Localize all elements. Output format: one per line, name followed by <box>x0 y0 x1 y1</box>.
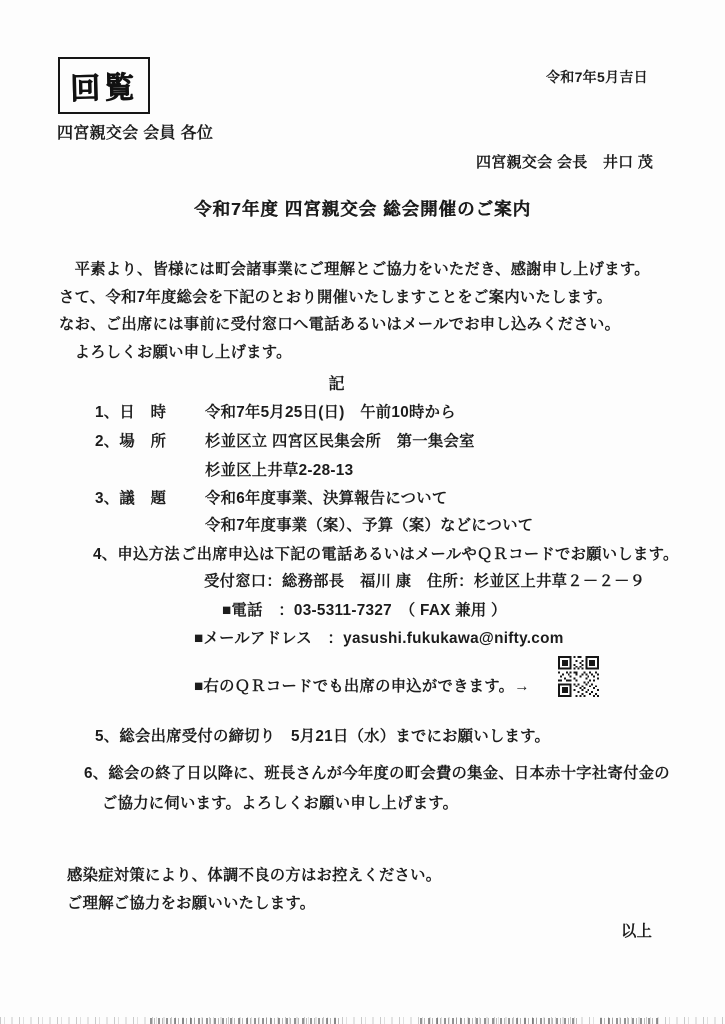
intro-line-2: さて、令和7年度総会を下記のとおり開催いたしますことをご案内いたします。 <box>59 284 679 312</box>
agenda-item2-value: 杉並区立 四宮区民集会所 第一集会室 <box>205 429 475 451</box>
kairan-stamp: 回覧 <box>58 57 150 114</box>
issue-date: 令和7年5月吉日 <box>546 67 648 87</box>
kairan-stamp-label: 回覧 <box>69 62 138 108</box>
agenda-item2-address: 杉並区上井草2-28-13 <box>205 458 353 480</box>
phone-line: ■電話 ：03-5311-7327 （ FAX 兼用 ） <box>222 598 507 620</box>
document-title: 令和7年度 四宮親交会 総会開催のご案内 <box>0 196 725 221</box>
agenda-item4-label: 4、申込方法 <box>93 542 180 564</box>
contact-window-line: 受付窓口：総務部長 福川 康 住所：杉並区上井草２－２－９ <box>204 569 645 591</box>
qr-instruction-line: ■右のＱＲコードでも出席の申込ができます。→ <box>194 674 530 696</box>
closing-line-2: ご理解ご協力をお願いいたします。 <box>67 891 315 913</box>
record-marker: 記 <box>0 371 699 394</box>
agenda-item3-label: 3、議 題 <box>95 486 166 508</box>
agenda-item2-label: 2、場 所 <box>95 429 166 451</box>
scan-artifact-patch <box>600 1018 660 1024</box>
agenda-item5: 5、総会出席受付の締切り 5月21日（水）までにお願いします。 <box>95 724 550 746</box>
agenda-item1-value: 令和7年5月25日(日) 午前10時から <box>205 400 456 422</box>
intro-line-4: よろしくお願い申し上げます。 <box>59 339 679 367</box>
end-marker: 以上 <box>621 919 652 941</box>
agenda-item6-line1: 6、総会の終了日以降に、班長さんが今年度の町会費の集金、日本赤十字社寄付金の <box>84 761 670 783</box>
scan-artifact-patch <box>150 1018 340 1024</box>
email-line: ■メールアドレス ：yasushi.fukukawa@nifty.com <box>194 626 564 648</box>
intro-line-3: なお、ご出席には事前に受付窓口へ電話あるいはメールでお申し込みください。 <box>59 311 679 339</box>
agenda-item3-value-2: 令和7年度事業（案）、予算（案）などについて <box>205 513 533 535</box>
document-page: 回覧 令和7年5月吉日 四宮親交会 会員 各位 四宮親交会 会長 井口 茂 令和… <box>0 0 725 1024</box>
agenda-item1-label: 1、日 時 <box>95 400 166 422</box>
scan-artifact-patch <box>420 1018 580 1024</box>
closing-line-1: 感染症対策により、体調不良の方はお控えください。 <box>67 863 441 885</box>
intro-paragraph: 平素より、皆様には町会諸事業にご理解とご協力をいただき、感謝申し上げます。 さて… <box>59 256 679 366</box>
intro-line-1: 平素より、皆様には町会諸事業にご理解とご協力をいただき、感謝申し上げます。 <box>59 256 679 284</box>
recipient-line: 四宮親交会 会員 各位 <box>57 120 213 143</box>
agenda-item6-line2: ご協力に伺います。よろしくお願い申し上げます。 <box>102 791 458 813</box>
agenda-item3-value-1: 令和6年度事業、決算報告について <box>205 486 447 508</box>
agenda-item4-value: ご出席申込は下記の電話あるいはメールやＱＲコードでお願いします。 <box>181 542 679 564</box>
qr-code-icon <box>558 655 599 698</box>
sender-line: 四宮親交会 会長 井口 茂 <box>476 151 653 172</box>
